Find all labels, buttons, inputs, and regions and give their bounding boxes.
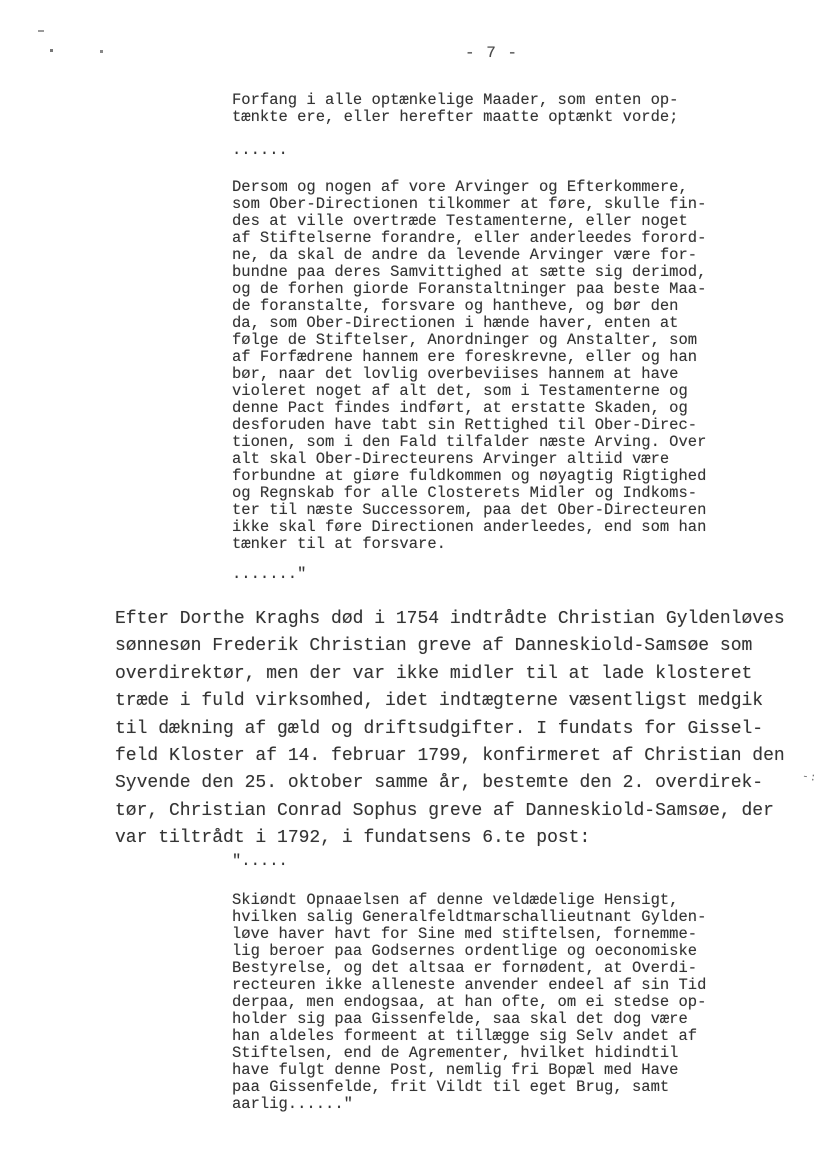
text-line: holder sig paa Gissenfelde, saa skal det… xyxy=(232,1011,706,1028)
text-line: ikke skal føre Directionen anderleedes, … xyxy=(232,519,706,536)
text-line: tionen, som i den Fald tilfalder næste A… xyxy=(232,434,706,451)
text-line: hvilken salig Generalfeldtmarschallieutn… xyxy=(232,909,706,926)
text-line: Forfang i alle optænkelige Maader, som e… xyxy=(232,92,678,109)
text-line: bundne paa deres Samvittighed at sætte s… xyxy=(232,264,706,281)
text-line: feld Kloster af 14. februar 1799, konfir… xyxy=(115,743,785,770)
scanned-document-page: - 7 - Forfang i alle optænkelige Maader,… xyxy=(0,0,826,1169)
text-line: paa Gissenfelde, frit Vildt til eget Bru… xyxy=(232,1079,706,1096)
quote-open-ellipsis: "..... xyxy=(232,853,288,870)
text-line: af Stiftelserne forandre, eller anderlee… xyxy=(232,230,706,247)
quote-close-ellipsis: ......." xyxy=(232,566,306,583)
text-line: ter til næste Successorem, paa det Ober-… xyxy=(232,502,706,519)
text-line: bør, naar det lovlig overbeviises hannem… xyxy=(232,366,706,383)
scan-speck xyxy=(100,50,103,53)
text-line: tænkte ere, eller herefter maatte optænk… xyxy=(232,109,678,126)
text-line: des at ville overtræde Testamenterne, el… xyxy=(232,213,706,230)
text-line: ne, da skal de andre da levende Arvinger… xyxy=(232,247,706,264)
ellipsis-line: ...... xyxy=(232,142,288,159)
page-number: - 7 - xyxy=(465,44,518,62)
text-line: til dækning af gæld og driftsudgifter. I… xyxy=(115,716,785,743)
text-line: tør, Christian Conrad Sophus greve af Da… xyxy=(115,798,785,825)
body-paragraph: Efter Dorthe Kraghs død i 1754 indtrådte… xyxy=(115,606,785,853)
quote-block-3: Skiøndt Opnaaelsen af denne veldædelige … xyxy=(232,892,706,1113)
margin-mark: -: xyxy=(801,771,818,785)
text-line: denne Pact findes indført, at erstatte S… xyxy=(232,400,706,417)
text-line: violeret noget af alt det, som i Testame… xyxy=(232,383,706,400)
text-line: og Regnskab for alle Closterets Midler o… xyxy=(232,485,706,502)
text-line: og de forhen giorde Foranstaltninger paa… xyxy=(232,281,706,298)
text-line: da, som Ober-Directionen i hænde haver, … xyxy=(232,315,706,332)
text-line: recteuren ikke alleneste anvender endeel… xyxy=(232,977,706,994)
text-line: Stiftelsen, end de Agrementer, hvilket h… xyxy=(232,1045,706,1062)
text-line: af Forfædrene hannem ere foreskrevne, el… xyxy=(232,349,706,366)
text-line: Syvende den 25. oktober samme år, bestem… xyxy=(115,770,785,797)
text-line: derpaa, men endogsaa, at han ofte, om ei… xyxy=(232,994,706,1011)
text-line: alt skal Ober-Directeurens Arvinger alti… xyxy=(232,451,706,468)
scan-speck xyxy=(38,30,44,32)
text-line: aarlig......" xyxy=(232,1096,706,1113)
text-line: han aldeles formeent at tillægge sig Sel… xyxy=(232,1028,706,1045)
text-line: overdirektør, men der var ikke midler ti… xyxy=(115,661,785,688)
text-line: tænker til at forsvare. xyxy=(232,536,706,553)
text-line: desforuden have tabt sin Rettighed til O… xyxy=(232,417,706,434)
text-line: sønnesøn Frederik Christian greve af Dan… xyxy=(115,633,785,660)
text-line: have fulgt denne Post, nemlig fri Bopæl … xyxy=(232,1062,706,1079)
text-line: Efter Dorthe Kraghs død i 1754 indtrådte… xyxy=(115,606,785,633)
text-line: var tiltrådt i 1792, i fundatsens 6.te p… xyxy=(115,825,785,852)
text-line: Dersom og nogen af vore Arvinger og Efte… xyxy=(232,179,706,196)
text-line: Skiøndt Opnaaelsen af denne veldædelige … xyxy=(232,892,706,909)
text-line: løve haver havt for Sine med stiftelsen,… xyxy=(232,926,706,943)
text-line: de foranstalte, forsvare og hantheve, og… xyxy=(232,298,706,315)
text-line: forbundne at giøre fuldkommen og nøyagti… xyxy=(232,468,706,485)
text-line: følge de Stiftelser, Anordninger og Anst… xyxy=(232,332,706,349)
text-line: lig beroer paa Godsernes ordentlige og o… xyxy=(232,943,706,960)
quote-block-1: Forfang i alle optænkelige Maader, som e… xyxy=(232,92,678,126)
text-line: træde i fuld virksomhed, idet indtægtern… xyxy=(115,688,785,715)
quote-block-2: Dersom og nogen af vore Arvinger og Efte… xyxy=(232,179,706,553)
text-line: som Ober-Directionen tilkommer at føre, … xyxy=(232,196,706,213)
text-line: Bestyrelse, og det altsaa er fornødent, … xyxy=(232,960,706,977)
scan-speck xyxy=(50,49,53,52)
